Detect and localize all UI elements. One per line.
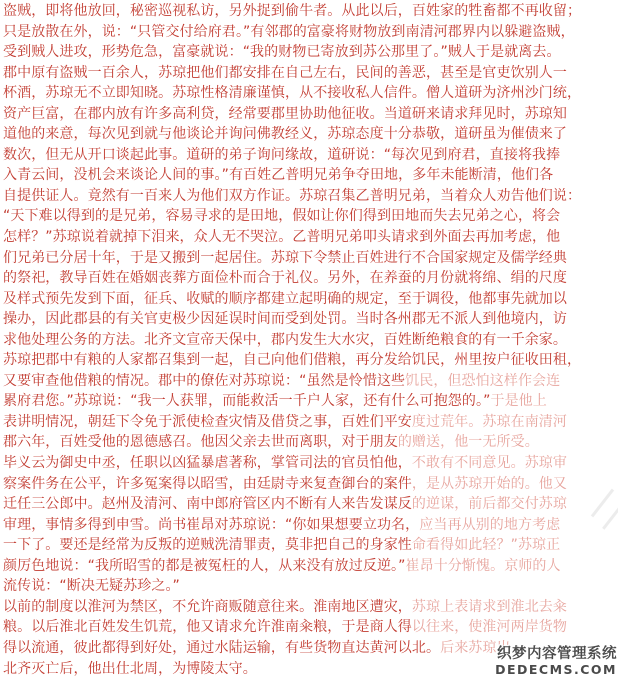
text-segment: 只是放散在外，说：“只管交付给府君。”有邻郡的富豪将财物放到南清河郡界内以躲避盗… [3, 24, 575, 40]
text-line: 杯酒，苏琼无不立即知晓。苏琼性格清廉谨慎，从不接收私人信件。僧人道研为济州沙门统… [3, 83, 618, 104]
text-line: 察案件务在公平，许多冤案得以昭雪，由廷尉寺来复查御台的案件，是从苏琼开始的。他又 [3, 474, 618, 495]
text-line: 操办，因此郡县的有关官吏极少因延误时间而受到处罚。当时各州郡无不派人到他境内，访 [3, 309, 618, 330]
text-line: 道他的来意，每次见到就与他谈论并询问佛教经义，苏琼态度十分恭敬，道研虽为催债来了 [3, 124, 618, 145]
text-segment: 于是他上 [490, 393, 546, 409]
text-line: 颜厉色地说：“我所昭雪的都是被冤枉的人，从来没有放过反逆。”崔昂十分惭愧。京师的… [3, 556, 618, 577]
text-segment: 道他的来意，每次见到就与他谈论并询问佛教经义，苏琼态度十分恭敬，道研虽为催债来了 [3, 126, 567, 142]
text-line: 累府君您。”苏琼说：“我一人获罪，而能救活一千户人家，还有什么可抱怨的。”于是他… [3, 391, 618, 412]
text-segment: 审理，事情多得到申雪。尚书崔昂对苏琼说：“你如果想要立功名， [3, 517, 419, 533]
text-line: “天下难以得到的是兄弟，容易寻求的是田地，假如让你们得到田地而失去兄弟之心，将会 [3, 206, 618, 227]
text-segment: 以前的制度以淮河为禁区，不允许商贩随意往来。淮南地区遭灾， [3, 599, 412, 615]
text-segment: 流传说：“断决无疑苏珍之。” [3, 578, 180, 594]
text-segment: 迁任三公郎中。赵州及清河、南中郎府管区内不断有人来告发谋反 [3, 496, 412, 512]
text-line: 流传说：“断决无疑苏珍之。” [3, 576, 618, 597]
text-segment: 资产巨富，在郡内放有许多高利贷，经常要郡里协助他征收。当道研来请求拜见时，苏琼知 [3, 106, 567, 122]
text-line: 的祭祀，教导百姓在婚姻丧葬方面俭朴而合于礼仪。另外，在养蚕的月份就将绵、绢的尺度 [3, 268, 618, 289]
text-segment: 度过荒年。苏琼在南清河 [412, 414, 567, 430]
text-segment: 以往来，使淮河两岸货物 [412, 619, 567, 635]
document-page: 盗贼，即将他放回，秘密巡视私访，另外捉到偷牛者。从此以后，百姓家的牲畜都不再收留… [0, 0, 618, 680]
text-segment: 郡六年，百姓受他的恩德感召。他因父亲去世而离职，对于朋友 [3, 434, 398, 450]
text-segment: 命看得如此轻？”苏琼正 [412, 537, 560, 553]
text-line: 郡六年，百姓受他的恩德感召。他因父亲去世而离职，对于朋友的赠送，他一无所受。 [3, 432, 618, 453]
text-segment: 苏琼上表请求到淮北去籴 [412, 599, 567, 615]
text-line: 又要审查他借粮的情况。郡中的僚佐对苏琼说：“虽然是怜惜这些饥民，但恐怕这样作会连 [3, 371, 618, 392]
text-segment: 入青云间，没机会来谈论人间的事。”有百姓乙普明兄弟争夺田地，多年未能断清，他们各 [3, 167, 553, 183]
text-segment: 不敢有不同意见。苏琼审 [412, 455, 567, 471]
text-segment: 粮。以后淮北百姓发生饥荒，他又请求允许淮南籴粮，于是商人得 [3, 619, 412, 635]
text-segment: 数次，但无从开口谈起此事。道研的弟子询问缘故，道研说：“每次见到府君，直接将我捧 [3, 147, 560, 163]
text-segment: 盗贼，即将他放回，秘密巡视私访，另外捉到偷牛者。从此以后，百姓家的牲畜都不再收留… [3, 3, 581, 19]
text-line: 数次，但无从开口谈起此事。道研的弟子询问缘故，道研说：“每次见到府君，直接将我捧 [3, 145, 618, 166]
text-segment: 累府君您。”苏琼说：“我一人获罪，而能救活一千户人家，还有什么可抱怨的。” [3, 393, 490, 409]
text-line: 粮。以后淮北百姓发生饥荒，他又请求允许淮南籴粮，于是商人得以往来，使淮河两岸货物 [3, 617, 618, 638]
site-watermark: 织梦内容管理系统 DEDECMS.COM [495, 646, 617, 677]
text-line: 们兄弟已分居十年，于是又搬到一起居住。苏琼下令禁止百姓进行不合国家规定及儒学经典 [3, 248, 618, 269]
text-line: 自提供证人。竟然有一百来人为他们双方作证。苏琼召集乙普明兄弟，当着众人劝告他们说… [3, 186, 618, 207]
text-line: 及样式预先发到下面，征兵、收赋的顺序都建立起明确的规定，至于调役，他都事先就加以 [3, 289, 618, 310]
text-segment: 颜厉色地说：“我所昭雪的都是被冤枉的人，从来没有放过反逆。” [3, 558, 406, 574]
text-line: 苏琼把郡中有粮的人家都召集到一起，自己向他们借粮，再分发给饥民，州里按户征收田租… [3, 350, 618, 371]
text-body: 盗贼，即将他放回，秘密巡视私访，另外捉到偷牛者。从此以后，百姓家的牲畜都不再收留… [3, 1, 618, 679]
text-line: 毕义云为御史中丞，任职以凶猛暴虐著称，掌管司法的官员怕他，不敢有不同意见。苏琼审 [3, 453, 618, 474]
text-segment: 崔昂十分惭愧。京师的人 [406, 558, 561, 574]
text-line: 受到贼人进攻，形势危急，富豪就说：“我的财物已寄放到苏公那里了。”贼人于是就离去… [3, 42, 618, 63]
text-segment: 应当再从别的地方考虑 [419, 517, 560, 533]
text-segment: 察案件务在公平，许多冤案得以昭雪，由廷尉寺来复查御台的案件 [3, 476, 412, 492]
text-segment: ，是从苏琼开始的。他又 [412, 476, 567, 492]
text-line: 迁任三公郎中。赵州及清河、南中郎府管区内不断有人来告发谋反的逆谋，前后都交付苏琼 [3, 494, 618, 515]
text-segment: 一下了。要还是经常为反叛的逆贼洗清罪责，莫非把自己的身家性 [3, 537, 412, 553]
text-segment: 的祭祀，教导百姓在婚姻丧葬方面俭朴而合于礼仪。另外，在养蚕的月份就将绵、绢的尺度 [3, 270, 567, 286]
text-segment: 郡中原有盗贼一百余人，苏琼把他们都安排在自己左右，民间的善恶，甚至是官吏饮别人一 [3, 65, 567, 81]
text-line: 盗贼，即将他放回，秘密巡视私访，另外捉到偷牛者。从此以后，百姓家的牲畜都不再收留… [3, 1, 618, 22]
text-segment: 杯酒，苏琼无不立即知晓。苏琼性格清廉谨慎，从不接收私人信件。僧人道研为济州沙门统… [3, 85, 581, 101]
text-line: 一下了。要还是经常为反叛的逆贼洗清罪责，莫非把自己的身家性命看得如此轻？”苏琼正 [3, 535, 618, 556]
text-segment: 北齐灭亡后，他出仕北周，为博陵太守。 [3, 661, 257, 677]
text-segment: 求他处理公务的方法。北齐文宣帝天保中，郡内发生大水灾，百姓断绝粮食的有一千余家。 [3, 332, 567, 348]
text-segment: 的赠送，他一无所受。 [398, 434, 539, 450]
text-segment: 怎样？”苏琼说着就掉下泪来，众人无不哭泣。乙普明兄弟叩头请求到外面去再加考虑，他 [3, 229, 560, 245]
text-line: 以前的制度以淮河为禁区，不允许商贩随意往来。淮南地区遭灾，苏琼上表请求到淮北去籴 [3, 597, 618, 618]
text-line: 只是放散在外，说：“只管交付给府君。”有邻郡的富豪将财物放到南清河郡界内以躲避盗… [3, 22, 618, 43]
text-segment: 及样式预先发到下面，征兵、收赋的顺序都建立起明确的规定，至于调役，他都事先就加以 [3, 291, 567, 307]
text-line: 资产巨富，在郡内放有许多高利贷，经常要郡里协助他征收。当道研来请求拜见时，苏琼知 [3, 104, 618, 125]
text-segment: 毕义云为御史中丞，任职以凶猛暴虐著称，掌管司法的官员怕他， [3, 455, 412, 471]
text-segment: 受到贼人进攻，形势危急，富豪就说：“我的财物已寄放到苏公那里了。”贼人于是就离去… [3, 44, 561, 60]
text-segment: 又要审查他借粮的情况。郡中的僚佐对苏琼说：“虽然是怜惜这些 [3, 373, 405, 389]
text-segment: 得以流通，彼此都得到好处，通过水陆运输，有些货物直达黄河以北。 [3, 640, 440, 656]
text-segment: “天下难以得到的是兄弟，容易寻求的是田地，假如让你们得到田地而失去兄弟之心，将会 [3, 208, 560, 224]
text-segment: 表讲明情况，朝廷下令免于派使检查灾情及借贷之事，百姓们平安 [3, 414, 412, 430]
text-segment: 们兄弟已分居十年，于是又搬到一起居住。苏琼下令禁止百姓进行不合国家规定及儒学经典 [3, 250, 567, 266]
text-line: 表讲明情况，朝廷下令免于派使检查灾情及借贷之事，百姓们平安度过荒年。苏琼在南清河 [3, 412, 618, 433]
text-segment: 操办，因此郡县的有关官吏极少因延误时间而受到处罚。当时各州郡无不派人到他境内，访 [3, 311, 567, 327]
text-line: 入青云间，没机会来谈论人间的事。”有百姓乙普明兄弟争夺田地，多年未能断清，他们各 [3, 165, 618, 186]
text-segment: 饥民，但恐怕这样作会连 [405, 373, 560, 389]
text-line: 怎样？”苏琼说着就掉下泪来，众人无不哭泣。乙普明兄弟叩头请求到外面去再加考虑，他 [3, 227, 618, 248]
text-line: 郡中原有盗贼一百余人，苏琼把他们都安排在自己左右，民间的善恶，甚至是官吏饮别人一 [3, 63, 618, 84]
text-line: 审理，事情多得到申雪。尚书崔昂对苏琼说：“你如果想要立功名，应当再从别的地方考虑 [3, 515, 618, 536]
text-segment: 苏琼把郡中有粮的人家都召集到一起，自己向他们借粮，再分发给饥民，州里按户征收田租… [3, 352, 581, 368]
watermark-chinese-text: 织梦内容管理系统 [495, 646, 617, 662]
text-segment: 自提供证人。竟然有一百来人为他们双方作证。苏琼召集乙普明兄弟，当着众人劝告他们说… [3, 188, 581, 204]
text-line: 求他处理公务的方法。北齐文宣帝天保中，郡内发生大水灾，百姓断绝粮食的有一千余家。 [3, 330, 618, 351]
text-segment: 的逆谋，前后都交付苏琼 [412, 496, 567, 512]
watermark-domain-text: DEDECMS.COM [495, 662, 617, 677]
